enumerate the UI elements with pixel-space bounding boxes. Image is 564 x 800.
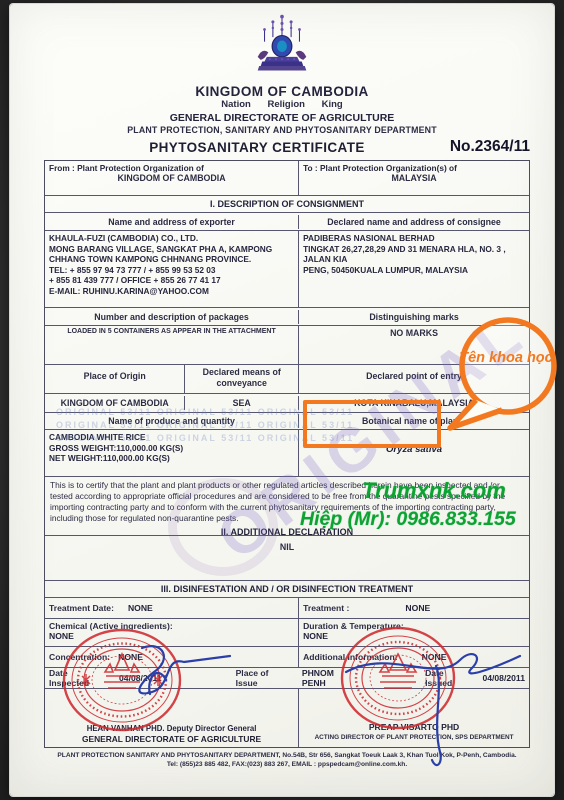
- national-motto: Nation Religion King: [10, 99, 554, 110]
- produce-header: Name of produce and quantity: [45, 414, 299, 428]
- treatment-label: Treatment :: [303, 603, 349, 613]
- packages-value: LOADED IN 5 CONTAINERS AS APPEAR IN THE …: [49, 328, 294, 335]
- entry-header: Declared point of entry: [299, 365, 529, 393]
- marks-value: NO MARKS: [303, 328, 525, 338]
- treatment-date-cell: Treatment Date: NONE: [45, 598, 299, 618]
- origin-value: KINGDOM OF CAMBODIA: [45, 396, 185, 410]
- treatment-date-value: NONE: [128, 603, 153, 613]
- section1-cell: I. DESCRIPTION OF CONSIGNMENT: [45, 195, 529, 213]
- signature-right: [340, 626, 530, 776]
- signature-left: [80, 634, 240, 714]
- exporter-header: Name and address of exporter: [45, 215, 299, 229]
- exporter-address: KHAULA-FUZI (CAMBODIA) CO., LTD. MONG BA…: [45, 231, 299, 307]
- department-title: PLANT PROTECTION, SANITARY AND PHYTOSANI…: [10, 125, 554, 135]
- packages-value-cell: LOADED IN 5 CONTAINERS AS APPEAR IN THE …: [45, 326, 299, 364]
- to-cell: To : Plant Protection Organization(s) of…: [299, 161, 529, 195]
- consignee-header: Declared name and address of consignee: [299, 215, 529, 229]
- certification-text: This is to certify that the plant and pl…: [45, 477, 529, 524]
- origin-header: Place of Origin: [45, 365, 185, 393]
- section1-title: I. DESCRIPTION OF CONSIGNMENT: [49, 197, 525, 211]
- treatment-value: NONE: [405, 603, 430, 613]
- certificate-title-row: PHYTOSANITARY CERTIFICATE No.2364/11: [44, 140, 530, 157]
- marks-header: Distinguishing marks: [299, 310, 529, 324]
- chemical-label: Chemical (Active ingredients):: [49, 621, 294, 631]
- from-value: KINGDOM OF CAMBODIA: [49, 173, 294, 183]
- botanical-value: Oryza sativa: [299, 430, 529, 476]
- left-signatory-title: GENERAL DIRECTORATE OF AGRICULTURE: [45, 734, 298, 744]
- entry-value: KOTA KINABALU,MALAYSIA: [299, 396, 529, 410]
- packages-header: Number and description of packages: [45, 310, 299, 324]
- treatment-cell: Treatment : NONE: [299, 598, 529, 618]
- from-cell: From : Plant Protection Organization of …: [45, 161, 299, 195]
- cambodia-royal-arms-emblem: [244, 12, 320, 82]
- to-label: To : Plant Protection Organization(s) of: [303, 163, 525, 173]
- botanical-header: Botanical name of plants: [299, 414, 529, 428]
- certificate-number: No.2364/11: [450, 138, 530, 156]
- certificate-document: KINGDOM OF CAMBODIA Nation Religion King…: [10, 4, 554, 796]
- section3-cell: III. DISINFESTATION AND / OR DISINFECTIO…: [45, 580, 529, 598]
- to-value: MALAYSIA: [303, 173, 525, 183]
- marks-value-cell: NO MARKS: [299, 326, 529, 364]
- from-label: From : Plant Protection Organization of: [49, 163, 294, 173]
- directorate-title: GENERAL DIRECTORATE OF AGRICULTURE: [10, 112, 554, 124]
- conveyance-header: Declared means of conveyance: [185, 365, 299, 393]
- kingdom-title: KINGDOM OF CAMBODIA: [10, 84, 554, 99]
- nil-cell: NIL: [45, 536, 529, 580]
- additional-declaration-value: NIL: [49, 538, 525, 552]
- certificate-title: PHYTOSANITARY CERTIFICATE: [44, 140, 470, 155]
- conveyance-value: SEA: [185, 396, 299, 410]
- left-signatory-name: HEAN VANHAN PHD. Deputy Director General: [45, 724, 298, 733]
- produce-value: CAMBODIA WHITE RICE GROSS WEIGHT:110,000…: [45, 430, 299, 476]
- treatment-date-label: Treatment Date:: [49, 603, 114, 613]
- consignee-address: PADIBERAS NASIONAL BERHAD TINGKAT 26,27,…: [299, 231, 529, 307]
- place-of-issue-label: Place of Issue: [236, 668, 292, 688]
- section3-title: III. DISINFESTATION AND / OR DISINFECTIO…: [49, 582, 525, 596]
